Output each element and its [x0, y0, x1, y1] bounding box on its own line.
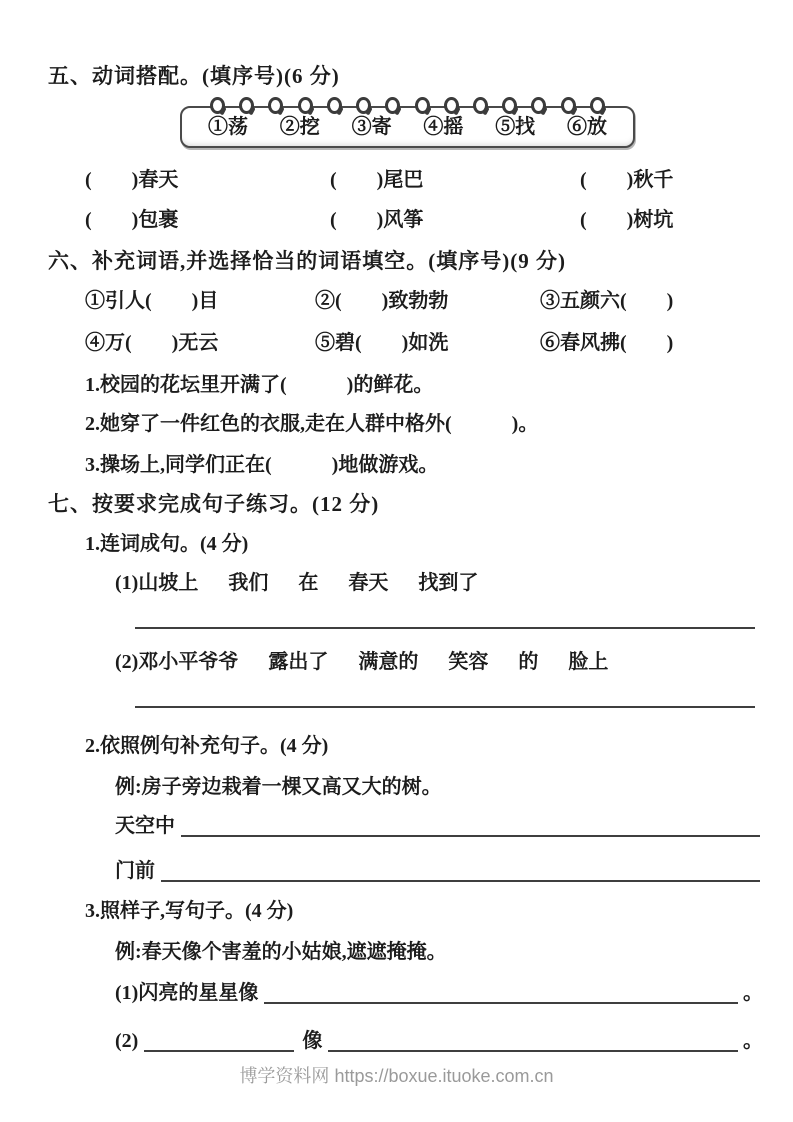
simile-sentence-row: (1)闪亮的星星像 。	[115, 979, 763, 1007]
section6-title: 六、补充词语,并选择恰当的词语填空。(填序号)(9 分)	[48, 247, 793, 275]
answer-line	[144, 1028, 294, 1052]
binder-rings	[210, 97, 605, 114]
idiom-row: ①引人( )目 ②( )致勃勃 ③五颜六( )	[85, 287, 793, 315]
match-item: ( )尾巴	[330, 166, 580, 194]
word-order-item: (2)邓小平爷爷 露出了 满意的 笑容 的 脸上	[115, 648, 793, 676]
word-order-item: (1)山坡上 我们 在 春天 找到了	[115, 569, 793, 597]
word-bank-box: ①荡 ②挖 ③寄 ④摇 ⑤找 ⑥放	[180, 106, 635, 148]
binder-ring-icon	[531, 97, 546, 114]
worksheet-page: 五、动词搭配。(填序号)(6 分) ①荡 ②挖 ③寄 ④摇 ⑤找 ⑥放 ( )春…	[0, 0, 793, 1122]
word-bank-item: ②挖	[280, 113, 320, 141]
sub1-title: 1.连词成句。(4 分)	[85, 530, 793, 558]
period-mark: 。	[743, 1027, 763, 1055]
idiom-item: ⑤碧( )如洗	[315, 329, 540, 357]
match-row: ( )包裹 ( )风筝 ( )树坑	[85, 206, 793, 234]
idiom-row: ④万( )无云 ⑤碧( )如洗 ⑥春风拂( )	[85, 329, 793, 357]
word-bank-item: ①荡	[208, 113, 248, 141]
word-bank-item: ③寄	[352, 113, 392, 141]
like-word: 像	[302, 1027, 322, 1055]
idiom-item: ①引人( )目	[85, 287, 315, 315]
answer-line	[135, 627, 755, 629]
binder-ring-icon	[298, 97, 313, 114]
sentence-prompt: 天空中	[115, 812, 175, 840]
complete-sentence-row: 门前	[115, 857, 763, 885]
binder-ring-icon	[327, 97, 342, 114]
example-sentence: 例:春天像个害羞的小姑娘,遮遮掩掩。	[115, 938, 793, 966]
answer-line	[328, 1028, 738, 1052]
sentence-prompt: (1)闪亮的星星像	[115, 979, 258, 1007]
section5-title: 五、动词搭配。(填序号)(6 分)	[48, 62, 793, 90]
sub2-title: 2.依照例句补充句子。(4 分)	[85, 732, 793, 760]
binder-ring-icon	[502, 97, 517, 114]
period-mark: 。	[743, 979, 763, 1007]
binder-ring-icon	[473, 97, 488, 114]
word-bank-item: ④摇	[423, 113, 463, 141]
binder-ring-icon	[268, 97, 283, 114]
answer-line	[161, 858, 760, 882]
binder-ring-icon	[239, 97, 254, 114]
idiom-item: ⑥春风拂( )	[540, 329, 793, 357]
sentence-prompt: (2)	[115, 1027, 138, 1055]
match-item: ( )秋千	[580, 166, 793, 194]
fill-sentence: 3.操场上,同学们正在( )地做游戏。	[85, 451, 793, 479]
binder-ring-icon	[385, 97, 400, 114]
idiom-item: ④万( )无云	[85, 329, 315, 357]
example-sentence: 例:房子旁边栽着一棵又高又大的树。	[115, 773, 793, 801]
sub3-title: 3.照样子,写句子。(4 分)	[85, 897, 793, 925]
binder-ring-icon	[561, 97, 576, 114]
binder-ring-icon	[444, 97, 459, 114]
idiom-item: ③五颜六( )	[540, 287, 793, 315]
complete-sentence-row: 天空中	[115, 812, 763, 840]
idiom-item: ②( )致勃勃	[315, 287, 540, 315]
binder-ring-icon	[415, 97, 430, 114]
answer-line	[264, 980, 738, 1004]
site-watermark: 博学资料网 https://boxue.ituoke.com.cn	[0, 1062, 793, 1090]
simile-sentence-row: (2) 像 。	[115, 1027, 763, 1055]
answer-line	[135, 706, 755, 708]
sentence-prompt: 门前	[115, 857, 155, 885]
match-item: ( )风筝	[330, 206, 580, 234]
match-item: ( )春天	[85, 166, 330, 194]
section7-title: 七、按要求完成句子练习。(12 分)	[48, 490, 793, 518]
answer-line	[181, 813, 760, 837]
word-bank-item: ⑥放	[567, 113, 607, 141]
match-row: ( )春天 ( )尾巴 ( )秋千	[85, 166, 793, 194]
binder-ring-icon	[590, 97, 605, 114]
fill-sentence: 2.她穿了一件红色的衣服,走在人群中格外( )。	[85, 410, 793, 438]
fill-sentence: 1.校园的花坛里开满了( )的鲜花。	[85, 371, 793, 399]
match-item: ( )树坑	[580, 206, 793, 234]
binder-ring-icon	[210, 97, 225, 114]
match-item: ( )包裹	[85, 206, 330, 234]
binder-ring-icon	[356, 97, 371, 114]
word-bank-item: ⑤找	[495, 113, 535, 141]
